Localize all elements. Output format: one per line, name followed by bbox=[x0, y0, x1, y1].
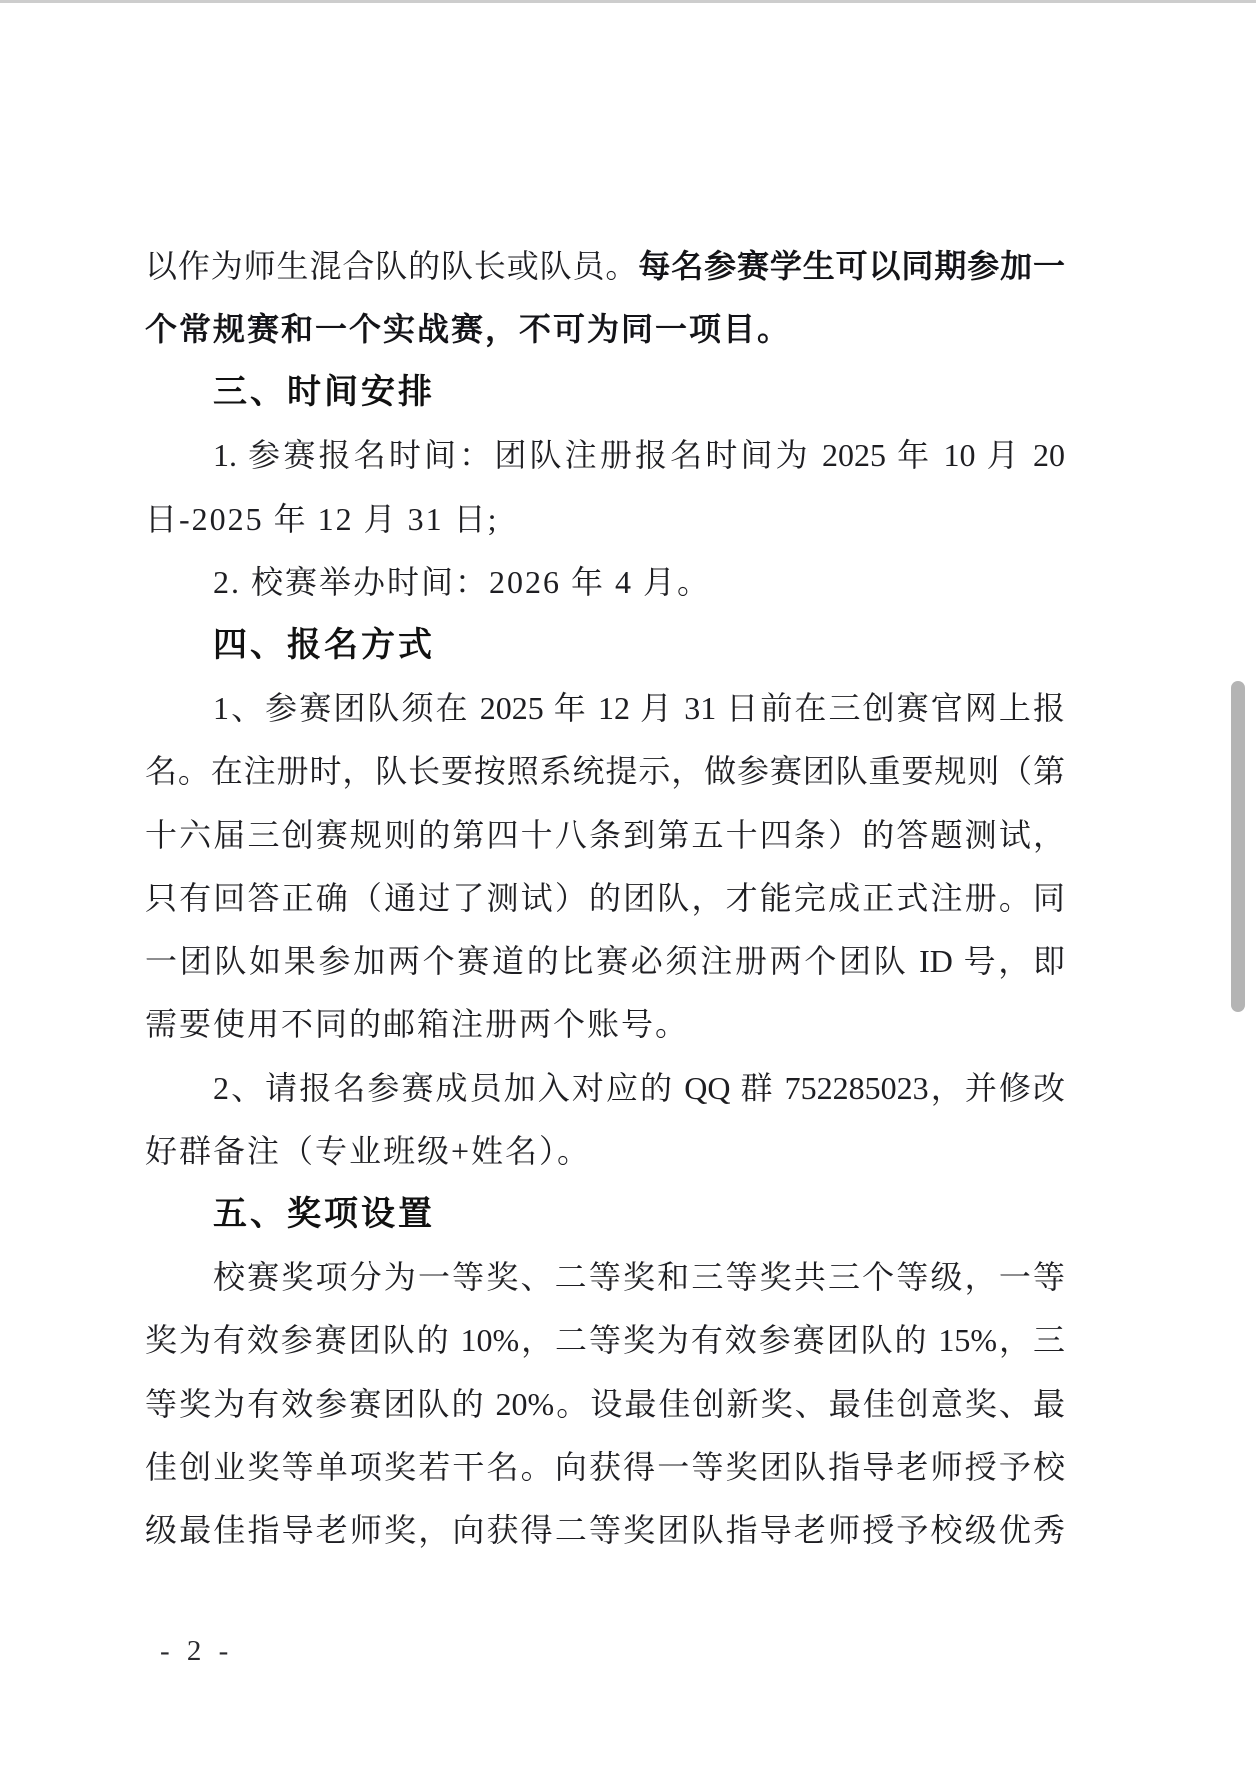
document-page: 以作为师生混合队的队长或队员。每名参赛学生可以同期参加一 个常规赛和一个实战赛，… bbox=[0, 0, 1256, 1779]
body-line: 2、请报名参赛成员加入对应的 QQ 群 752285023，并修改 bbox=[213, 1067, 1065, 1111]
body-line: 日-2025 年 12 月 31 日; bbox=[145, 498, 499, 542]
body-line: 奖为有效参赛团队的 10%，二等奖为有效参赛团队的 15%，三 bbox=[145, 1319, 1065, 1363]
body-line: 1. 参赛报名时间：团队注册报名时间为 2025 年 10 月 20 bbox=[213, 434, 1065, 478]
body-text-bold: 每名参赛学生可以同期参加一 bbox=[638, 248, 1065, 284]
heading-signup-method: 四、报名方式 bbox=[213, 624, 435, 668]
heading-awards: 五、奖项设置 bbox=[213, 1193, 435, 1237]
body-line: 以作为师生混合队的队长或队员。每名参赛学生可以同期参加一 bbox=[145, 245, 1065, 289]
body-line: 十六届三创赛规则的第四十八条到第五十四条）的答题测试， bbox=[145, 814, 1065, 858]
window-top-edge bbox=[0, 0, 1256, 3]
body-line: 需要使用不同的邮箱注册两个账号。 bbox=[145, 1003, 689, 1047]
body-line: 2. 校赛举办时间：2026 年 4 月。 bbox=[213, 561, 1065, 605]
body-line: 一团队如果参加两个赛道的比赛必须注册两个团队 ID 号，即 bbox=[145, 940, 1065, 984]
body-line: 好群备注（专业班级+姓名）。 bbox=[145, 1130, 591, 1174]
heading-time-schedule: 三、时间安排 bbox=[213, 371, 435, 415]
body-line: 1、参赛团队须在 2025 年 12 月 31 日前在三创赛官网上报 bbox=[213, 687, 1065, 731]
body-line: 佳创业奖等单项奖若干名。向获得一等奖团队指导老师授予校 bbox=[145, 1446, 1065, 1490]
page-number: - 2 - bbox=[160, 1635, 233, 1668]
body-line: 等奖为有效参赛团队的 20%。设最佳创新奖、最佳创意奖、最 bbox=[145, 1383, 1065, 1427]
body-line: 校赛奖项分为一等奖、二等奖和三等奖共三个等级，一等 bbox=[213, 1256, 1065, 1300]
body-line: 个常规赛和一个实战赛，不可为同一项目。 bbox=[145, 308, 791, 352]
body-line: 名。在注册时，队长要按照系统提示，做参赛团队重要规则（第 bbox=[145, 750, 1065, 794]
body-line: 级最佳指导老师奖，向获得二等奖团队指导老师授予校级优秀 bbox=[145, 1509, 1065, 1553]
body-text: 以作为师生混合队的队长或队员。 bbox=[145, 248, 638, 284]
body-line: 只有回答正确（通过了测试）的团队，才能完成正式注册。同 bbox=[145, 877, 1065, 921]
scrollbar-thumb[interactable] bbox=[1231, 681, 1245, 1012]
